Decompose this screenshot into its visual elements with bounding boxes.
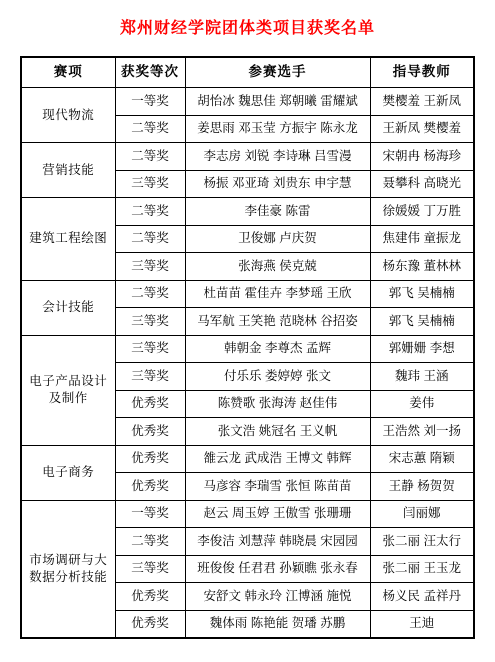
award-cell: 优秀奖 <box>115 610 185 638</box>
participants-cell: 安舒文 韩永玲 江博涵 施悦 <box>185 583 370 611</box>
award-cell: 一等奖 <box>115 88 185 116</box>
competition-cell: 建筑工程绘图 <box>21 198 115 281</box>
participants-cell: 李佳豪 陈雷 <box>185 198 370 226</box>
award-cell: 三等奖 <box>115 555 185 583</box>
table-row: 现代物流 一等奖 胡怡冰 魏思佳 郑朝曦 雷耀斌 樊樱羞 王新凤 <box>21 88 474 116</box>
participants-cell: 张海燕 侯克兢 <box>185 253 370 281</box>
competition-cell: 现代物流 <box>21 88 115 143</box>
participants-cell: 杜苗苗 霍佳卉 李梦瑶 王欣 <box>185 280 370 308</box>
teachers-cell: 王静 杨贺贺 <box>370 473 474 501</box>
award-cell: 三等奖 <box>115 335 185 363</box>
table-row: 市场调研与大数据分析技能 一等奖 赵云 周玉婷 王傲雪 张珊珊 闫丽娜 <box>21 500 474 528</box>
award-cell: 二等奖 <box>115 198 185 226</box>
teachers-cell: 闫丽娜 <box>370 500 474 528</box>
award-cell: 三等奖 <box>115 363 185 391</box>
teachers-cell: 焦建伟 童振龙 <box>370 225 474 253</box>
participants-cell: 张文浩 姚冠名 王义帆 <box>185 418 370 446</box>
participants-cell: 雒云龙 武成浩 王博文 韩辉 <box>185 445 370 473</box>
header-teachers: 指导教师 <box>370 57 474 88</box>
award-cell: 二等奖 <box>115 280 185 308</box>
competition-cell: 电子商务 <box>21 445 115 500</box>
teachers-cell: 魏玮 王涵 <box>370 363 474 391</box>
award-cell: 二等奖 <box>115 143 185 171</box>
participants-cell: 班俊俊 任君君 孙颖瞧 张永春 <box>185 555 370 583</box>
participants-cell: 陈赞歌 张海涛 赵佳伟 <box>185 390 370 418</box>
teachers-cell: 张二丽 汪太行 <box>370 528 474 556</box>
table-row: 建筑工程绘图 二等奖 李佳豪 陈雷 徐媛媛 丁万胜 <box>21 198 474 226</box>
award-cell: 一等奖 <box>115 500 185 528</box>
header-participants: 参赛选手 <box>185 57 370 88</box>
competition-cell: 市场调研与大数据分析技能 <box>21 500 115 638</box>
teachers-cell: 徐媛媛 丁万胜 <box>370 198 474 226</box>
table-header-row: 赛项 获奖等次 参赛选手 指导教师 <box>21 57 474 88</box>
table-row: 电子产品设计及制作 三等奖 韩朝金 李尊杰 孟辉 郭姗姗 李想 <box>21 335 474 363</box>
participants-cell: 卫俊娜 卢庆贺 <box>185 225 370 253</box>
teachers-cell: 聂攀科 高晓光 <box>370 170 474 198</box>
award-cell: 优秀奖 <box>115 445 185 473</box>
competition-cell: 电子产品设计及制作 <box>21 335 115 445</box>
header-competition: 赛项 <box>21 57 115 88</box>
participants-cell: 杨振 邓亚琦 刘贵东 申宇慧 <box>185 170 370 198</box>
table-row: 电子商务 优秀奖 雒云龙 武成浩 王博文 韩辉 宋志蕙 隋颖 <box>21 445 474 473</box>
award-cell: 二等奖 <box>115 225 185 253</box>
table-row: 营销技能 二等奖 李志房 刘锐 李诗琳 吕雪漫 宋朝冉 杨海珍 <box>21 143 474 171</box>
participants-cell: 马军航 王笑艳 范晓林 谷招姿 <box>185 308 370 336</box>
participants-cell: 马彦容 李瑞雪 张恒 陈苗苗 <box>185 473 370 501</box>
competition-cell: 会计技能 <box>21 280 115 335</box>
participants-cell: 姜思雨 邓玉莹 方振宇 陈永龙 <box>185 115 370 143</box>
competition-cell: 营销技能 <box>21 143 115 198</box>
award-cell: 三等奖 <box>115 170 185 198</box>
participants-cell: 李志房 刘锐 李诗琳 吕雪漫 <box>185 143 370 171</box>
participants-cell: 胡怡冰 魏思佳 郑朝曦 雷耀斌 <box>185 88 370 116</box>
award-cell: 优秀奖 <box>115 473 185 501</box>
teachers-cell: 张二丽 王玉龙 <box>370 555 474 583</box>
award-cell: 优秀奖 <box>115 418 185 446</box>
award-cell: 二等奖 <box>115 528 185 556</box>
table-row: 会计技能 二等奖 杜苗苗 霍佳卉 李梦瑶 王欣 郭飞 吴楠楠 <box>21 280 474 308</box>
award-cell: 二等奖 <box>115 115 185 143</box>
teachers-cell: 王浩然 刘一扬 <box>370 418 474 446</box>
teachers-cell: 王新凤 樊樱羞 <box>370 115 474 143</box>
participants-cell: 韩朝金 李尊杰 孟辉 <box>185 335 370 363</box>
participants-cell: 李俊洁 刘慧萍 韩晓晨 宋园园 <box>185 528 370 556</box>
teachers-cell: 郭姗姗 李想 <box>370 335 474 363</box>
teachers-cell: 郭飞 吴楠楠 <box>370 308 474 336</box>
teachers-cell: 樊樱羞 王新凤 <box>370 88 474 116</box>
teachers-cell: 宋志蕙 隋颖 <box>370 445 474 473</box>
award-cell: 三等奖 <box>115 253 185 281</box>
document-page: 郑州财经学院团体类项目获奖名单 赛项 获奖等次 参赛选手 指导教师 现代物流 一… <box>0 0 495 662</box>
header-award-level: 获奖等次 <box>115 57 185 88</box>
page-title: 郑州财经学院团体类项目获奖名单 <box>0 19 495 39</box>
award-cell: 优秀奖 <box>115 390 185 418</box>
awards-table: 赛项 获奖等次 参赛选手 指导教师 现代物流 一等奖 胡怡冰 魏思佳 郑朝曦 雷… <box>20 56 475 639</box>
award-cell: 优秀奖 <box>115 583 185 611</box>
teachers-cell: 王迪 <box>370 610 474 638</box>
participants-cell: 赵云 周玉婷 王傲雪 张珊珊 <box>185 500 370 528</box>
teachers-cell: 杨东豫 董林林 <box>370 253 474 281</box>
teachers-cell: 杨义民 孟祥丹 <box>370 583 474 611</box>
teachers-cell: 宋朝冉 杨海珍 <box>370 143 474 171</box>
participants-cell: 付乐乐 娄婷婷 张文 <box>185 363 370 391</box>
award-cell: 三等奖 <box>115 308 185 336</box>
teachers-cell: 姜伟 <box>370 390 474 418</box>
teachers-cell: 郭飞 吴楠楠 <box>370 280 474 308</box>
participants-cell: 魏体雨 陈艳能 贺璠 苏鹏 <box>185 610 370 638</box>
